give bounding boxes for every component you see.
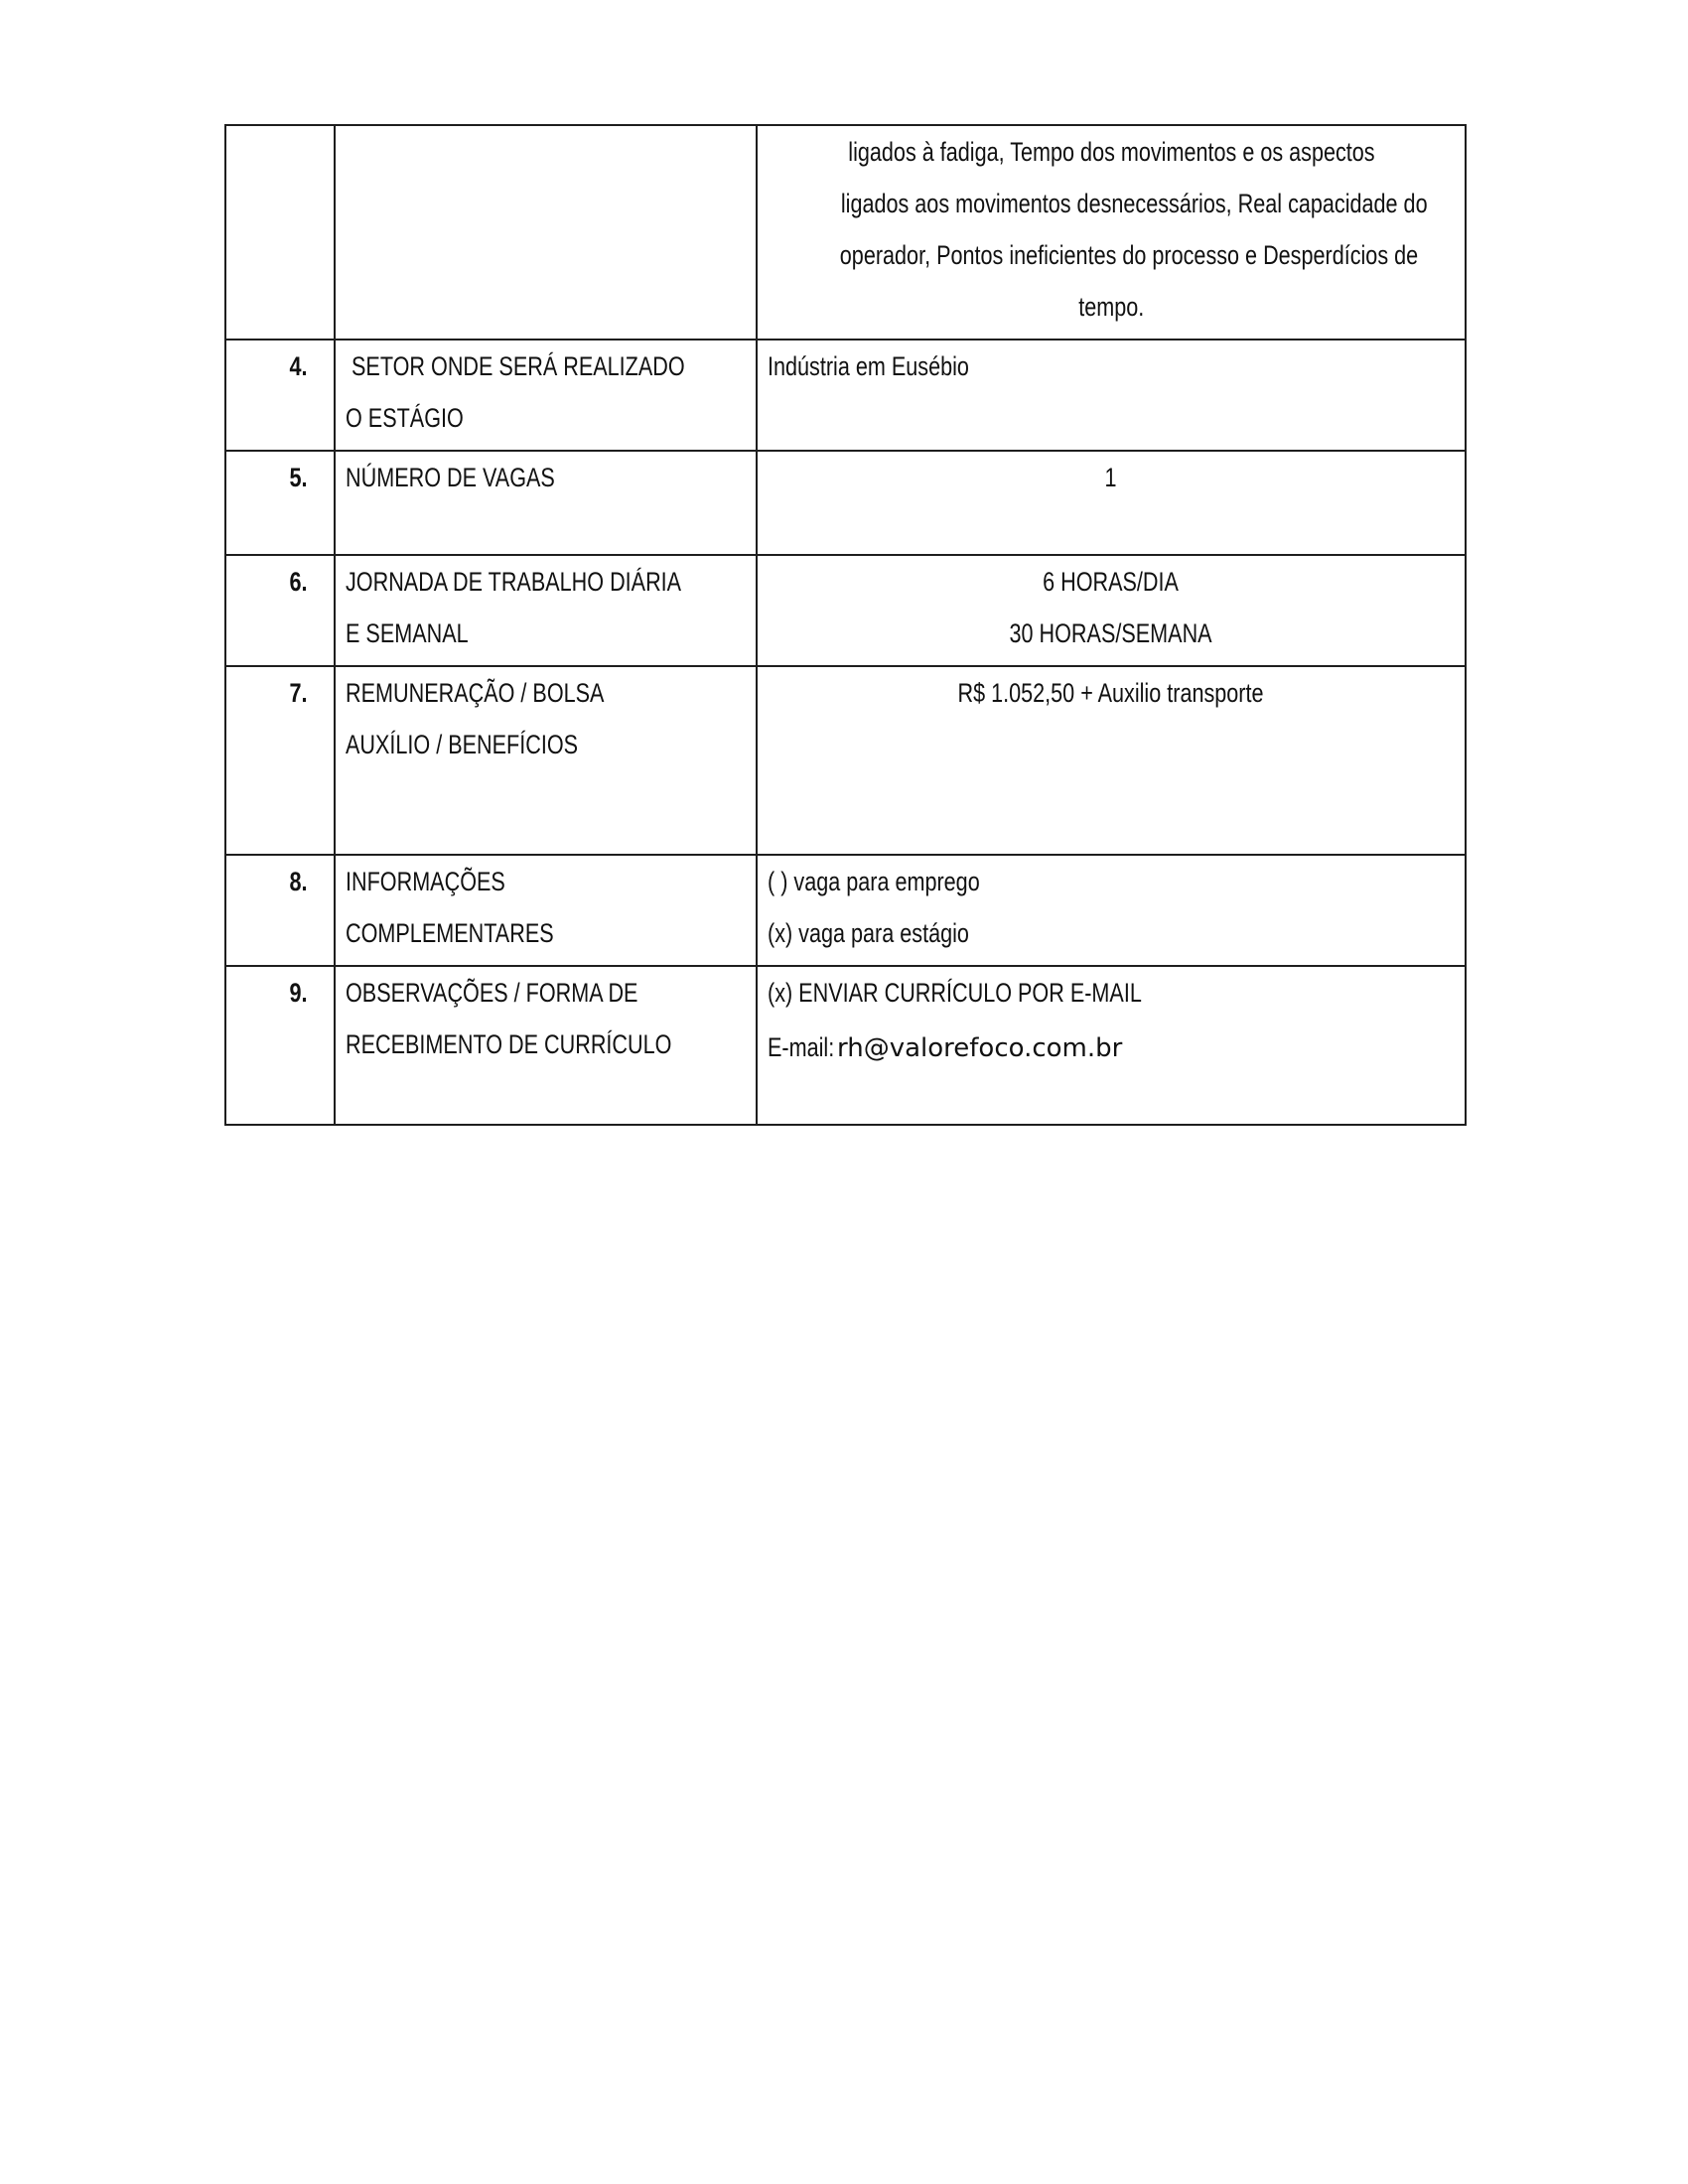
row-number-cell: 5. — [225, 451, 335, 555]
email-link[interactable]: rh@valorefoco.com.br — [837, 1025, 1122, 1071]
row-value-cell: 1 — [757, 451, 1466, 555]
row-label-cell: JORNADA DE TRABALHO DIÁRIA E SEMANAL — [335, 555, 757, 666]
table-row-8: 8. INFORMAÇÕES COMPLEMENTARES ( ) vaga p… — [225, 855, 1466, 966]
row-number-cell — [225, 125, 335, 340]
value-text: ligados aos movimentos desnecessários, R… — [841, 184, 1428, 223]
row-number: 8. — [290, 862, 308, 901]
internship-type-option: (x) vaga para estágio — [768, 913, 969, 953]
row-label: RECEBIMENTO DE CURRÍCULO — [346, 1024, 671, 1064]
row-label-cell: INFORMAÇÕES COMPLEMENTARES — [335, 855, 757, 966]
send-resume-option: (x) ENVIAR CURRÍCULO POR E-MAIL — [768, 973, 1142, 1013]
row-number: 6. — [290, 562, 308, 602]
row-label-cell: REMUNERAÇÃO / BOLSA AUXÍLIO / BENEFÍCIOS — [335, 666, 757, 855]
row-number-cell: 4. — [225, 340, 335, 451]
row-number: 7. — [290, 673, 308, 713]
row-label: COMPLEMENTARES — [346, 913, 554, 953]
table-row-4: 4. SETOR ONDE SERÁ REALIZADO O ESTÁGIO I… — [225, 340, 1466, 451]
email-line: E-mail: rh@valorefoco.com.br — [768, 1024, 1455, 1076]
row-label-cell: OBSERVAÇÕES / FORMA DE RECEBIMENTO DE CU… — [335, 966, 757, 1125]
row-label: NÚMERO DE VAGAS — [346, 458, 555, 497]
row-value-cell: (x) ENVIAR CURRÍCULO POR E-MAIL E-mail: … — [757, 966, 1466, 1125]
row-label: SETOR ONDE SERÁ REALIZADO — [346, 346, 685, 386]
row-number: 5. — [290, 458, 308, 497]
row-value-cell: R$ 1.052,50 + Auxilio transporte — [757, 666, 1466, 855]
table-row-6: 6. JORNADA DE TRABALHO DIÁRIA E SEMANAL … — [225, 555, 1466, 666]
row-number: 9. — [290, 973, 308, 1013]
value-text: ligados à fadiga, Tempo dos movimentos e… — [848, 132, 1374, 172]
row-label: O ESTÁGIO — [346, 398, 464, 438]
row-value-cell: 6 HORAS/DIA 30 HORAS/SEMANA — [757, 555, 1466, 666]
internship-location: Indústria em Eusébio — [768, 346, 969, 386]
row-label-cell: SETOR ONDE SERÁ REALIZADO O ESTÁGIO — [335, 340, 757, 451]
row-label: REMUNERAÇÃO / BOLSA — [346, 673, 604, 713]
row-value-cell: ( ) vaga para emprego (x) vaga para está… — [757, 855, 1466, 966]
row-label: OBSERVAÇÕES / FORMA DE — [346, 973, 637, 1013]
row-number-cell: 8. — [225, 855, 335, 966]
table-row-9: 9. OBSERVAÇÕES / FORMA DE RECEBIMENTO DE… — [225, 966, 1466, 1125]
row-value-cell: Indústria em Eusébio — [757, 340, 1466, 451]
vacancy-count: 1 — [1105, 458, 1117, 497]
daily-hours: 6 HORAS/DIA — [1044, 562, 1180, 602]
row-number: 4. — [290, 346, 308, 386]
row-label: AUXÍLIO / BENEFÍCIOS — [346, 725, 578, 764]
row-number-cell: 7. — [225, 666, 335, 855]
row-label-cell: NÚMERO DE VAGAS — [335, 451, 757, 555]
value-text: tempo. — [1078, 287, 1144, 327]
row-value-cell: ligados à fadiga, Tempo dos movimentos e… — [757, 125, 1466, 340]
value-text: operador, Pontos ineficientes do process… — [840, 235, 1418, 275]
table-row-5: 5. NÚMERO DE VAGAS 1 — [225, 451, 1466, 555]
row-label: INFORMAÇÕES — [346, 862, 505, 901]
row-number-cell: 9. — [225, 966, 335, 1125]
row-label: JORNADA DE TRABALHO DIÁRIA — [346, 562, 681, 602]
table-row-7: 7. REMUNERAÇÃO / BOLSA AUXÍLIO / BENEFÍC… — [225, 666, 1466, 855]
document-page: ligados à fadiga, Tempo dos movimentos e… — [0, 0, 1688, 2184]
email-label: E-mail: — [768, 1024, 823, 1070]
row-number-cell: 6. — [225, 555, 335, 666]
table-row-continuation: ligados à fadiga, Tempo dos movimentos e… — [225, 125, 1466, 340]
row-label-cell — [335, 125, 757, 340]
job-posting-table: ligados à fadiga, Tempo dos movimentos e… — [224, 124, 1467, 1126]
row-label: E SEMANAL — [346, 614, 469, 653]
compensation: R$ 1.052,50 + Auxilio transporte — [958, 673, 1264, 713]
job-type-option: ( ) vaga para emprego — [768, 862, 980, 901]
weekly-hours: 30 HORAS/SEMANA — [1010, 614, 1212, 653]
